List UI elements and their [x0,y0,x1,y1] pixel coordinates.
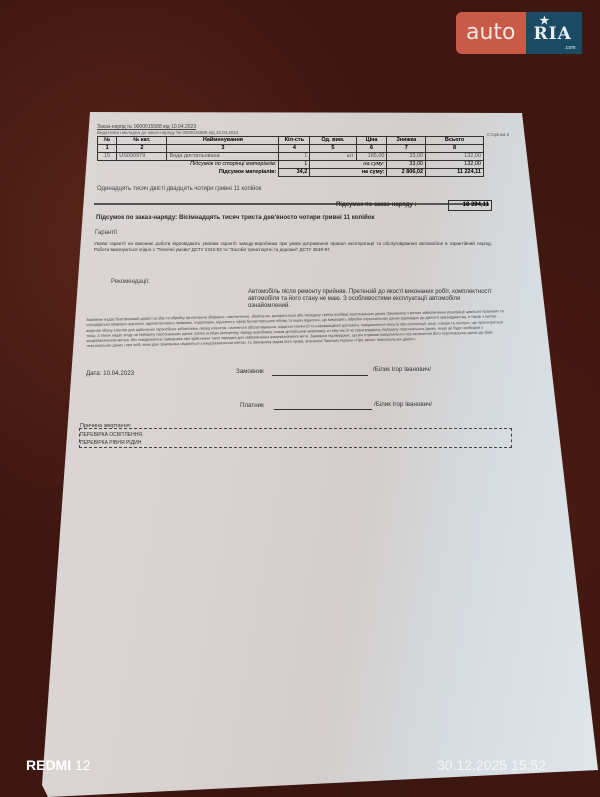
table-colnum-row: 1 2 3 4 5 6 7 8 [98,145,484,153]
divider [94,203,489,205]
col-number: 1 [98,145,117,153]
materials-total-total: 11 224,11 [426,169,484,177]
materials-total-label: Підсумок матеріалів: [98,169,279,177]
guarantees-heading: Гарантії [95,230,117,236]
col-header: Найменування [167,137,279,145]
order-total-value: 18 394,11 [448,200,492,211]
cell-unit: шт [310,153,356,161]
reason-item: ПЕРЕВІРКА ОСВІТЛЕННЯ. [80,432,143,438]
col-header: № [98,137,117,145]
col-header: Од. вим. [310,137,356,145]
logo-ria-block: ★ RIA .com [526,12,582,54]
cell-no: 15 [98,153,117,161]
payer-label: Платник [240,402,264,409]
materials-total-discount: 2 806,02 [387,169,426,177]
cell-name: Вода дистильована [167,153,279,161]
table-header-row: № № кат. Найменування Кіл-сть Од. вим. Ц… [98,137,484,145]
order-subtitle: Видаткова накладна до заказ-наряду № 000… [97,130,238,135]
cell-price: 165,00 [356,153,387,161]
cell-cat: US000979 [117,153,167,161]
camera-watermark-device: REDMI 12 [26,757,91,773]
camera-watermark-timestamp: 30.12.2025 15:52 [437,757,546,773]
col-number: 8 [426,145,484,153]
materials-total-row: Підсумок матеріалів: 34,2 на суму: 2 806… [98,169,484,177]
col-header: Ціна [356,137,387,145]
materials-table: № № кат. Найменування Кіл-сть Од. вим. Ц… [97,136,484,177]
cell-discount: 33,00 [387,153,426,161]
col-number: 4 [279,145,310,153]
customer-name: /Білик Ігор Іванович/ [373,366,431,373]
payer-signature-line [274,409,372,410]
page-number: Сторінка 2 [487,132,509,137]
autoria-logo: auto ★ RIA .com [456,12,582,54]
acceptance-statement: Автомобіль після ремонту прийняв. Претен… [248,289,498,310]
document-date: Дата: 10.04.2023 [86,370,134,377]
page-subtotal-sum-label: на суму: [310,161,387,169]
page-subtotal-label: Підсумок по сторінці матеріалів: [98,161,279,169]
col-header: Всього [426,137,484,145]
customer-label: Замовник [236,368,264,375]
payer-name: /Білик Ігор Іванович/ [374,401,432,408]
device-model: 12 [75,757,91,773]
recommendations-heading: Рекомендації: [111,279,150,285]
reason-item: ПЕРЕВІРКА РІВНЯ РІДИН [80,440,141,446]
col-number: 3 [167,145,279,153]
materials-total-words: Одинадцять тисяч двісті двадцять чотири … [97,186,261,192]
logo-auto-text: auto [456,12,526,54]
page-subtotal-total: 132,00 [426,161,484,169]
col-number: 5 [310,145,356,153]
col-header: Знижка [387,137,426,145]
col-number: 2 [117,145,167,153]
customer-signature-line [272,375,368,376]
order-total-words: Підсумок по заказ-наряду: Вісімнадцять т… [96,214,375,221]
page-subtotal-discount: 33,00 [387,161,426,169]
reason-box [79,428,512,448]
cell-qty: 1 [279,153,310,161]
col-header: Кіл-сть [279,137,310,145]
table-row: 15 US000979 Вода дистильована 1 шт 165,0… [98,153,484,161]
materials-total-sum-label: на суму: [310,169,387,177]
logo-ria-text: RIA [534,24,572,44]
col-header: № кат. [117,137,167,145]
order-total-label: Підсумок по заказ-наряду : [336,202,417,208]
guarantees-text: Умови гарантії на виконані роботи відпов… [94,241,492,253]
cell-total: 132,00 [426,153,484,161]
page-subtotal-qty: 1 [279,161,310,169]
page-subtotal-row: Підсумок по сторінці матеріалів: 1 на су… [98,161,484,169]
paper-sheet [0,0,600,797]
col-number: 6 [356,145,387,153]
logo-domain: .com [565,45,576,51]
col-number: 7 [387,145,426,153]
materials-total-qty: 34,2 [279,169,310,177]
device-brand: REDMI [26,757,71,773]
